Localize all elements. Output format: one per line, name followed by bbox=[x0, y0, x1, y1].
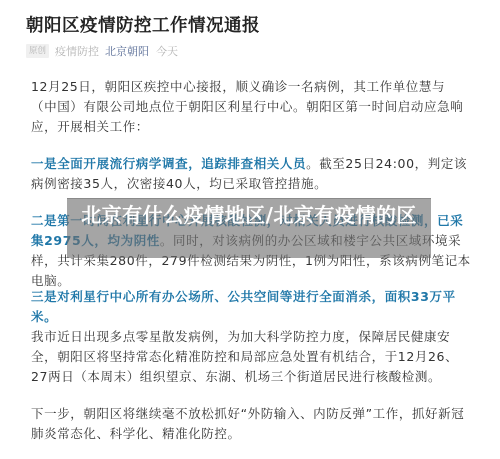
author-name: 疫情防控 bbox=[55, 43, 99, 59]
account-link[interactable]: 北京朝阳 bbox=[105, 43, 149, 59]
caption-overlay: 北京有什么疫情地区/北京有疫情的区 bbox=[67, 199, 431, 258]
paragraph-highlight: 三是对利星行中心所有办公场所、公共空间等进行全面消杀，面积33万平米。 bbox=[31, 289, 456, 324]
paragraph-text: 我市近日出现多点零星散发病例，为加大科学防控力度，保障居民健康安全，朝阳区将坚持… bbox=[31, 329, 458, 384]
paragraph-testing-notice: 我市近日出现多点零星散发病例，为加大科学防控力度，保障居民健康安全，朝阳区将坚持… bbox=[31, 327, 471, 387]
article-title: 朝阳区疫情防控工作情况通报 bbox=[26, 12, 260, 37]
paragraph-text: 下一步，朝阳区将继续毫不放松抓好“外防输入、内防反弹”工作，抓好新冠肺炎常态化、… bbox=[31, 406, 464, 441]
paragraph-measure-1: 一是全面开展流行病学调查，追踪排查相关人员。截至25日24:00，判定该病例密接… bbox=[31, 154, 471, 194]
paragraph-highlight: 一是全面开展流行病学调查，追踪排查相关人员 bbox=[31, 156, 306, 171]
article-meta: 原创 疫情防控 北京朝阳 今天 bbox=[26, 43, 178, 59]
article: 朝阳区疫情防控工作情况通报 原创 疫情防控 北京朝阳 今天 12月25日，朝阳区… bbox=[0, 0, 500, 459]
paragraph-next-steps: 下一步，朝阳区将继续毫不放松抓好“外防输入、内防反弹”工作，抓好新冠肺炎常态化、… bbox=[31, 404, 471, 444]
overlay-caption-text: 北京有什么疫情地区/北京有疫情的区 bbox=[67, 202, 431, 228]
paragraph-measure-3: 三是对利星行中心所有办公场所、公共空间等进行全面消杀，面积33万平米。 bbox=[31, 287, 471, 327]
paragraph-text: 12月25日，朝阳区疾控中心接报，顺义确诊一名病例，其工作单位慧与（中国）有限公… bbox=[31, 79, 463, 134]
original-badge: 原创 bbox=[26, 44, 49, 58]
paragraph-intro: 12月25日，朝阳区疾控中心接报，顺义确诊一名病例，其工作单位慧与（中国）有限公… bbox=[31, 77, 471, 137]
publish-time: 今天 bbox=[156, 43, 178, 59]
